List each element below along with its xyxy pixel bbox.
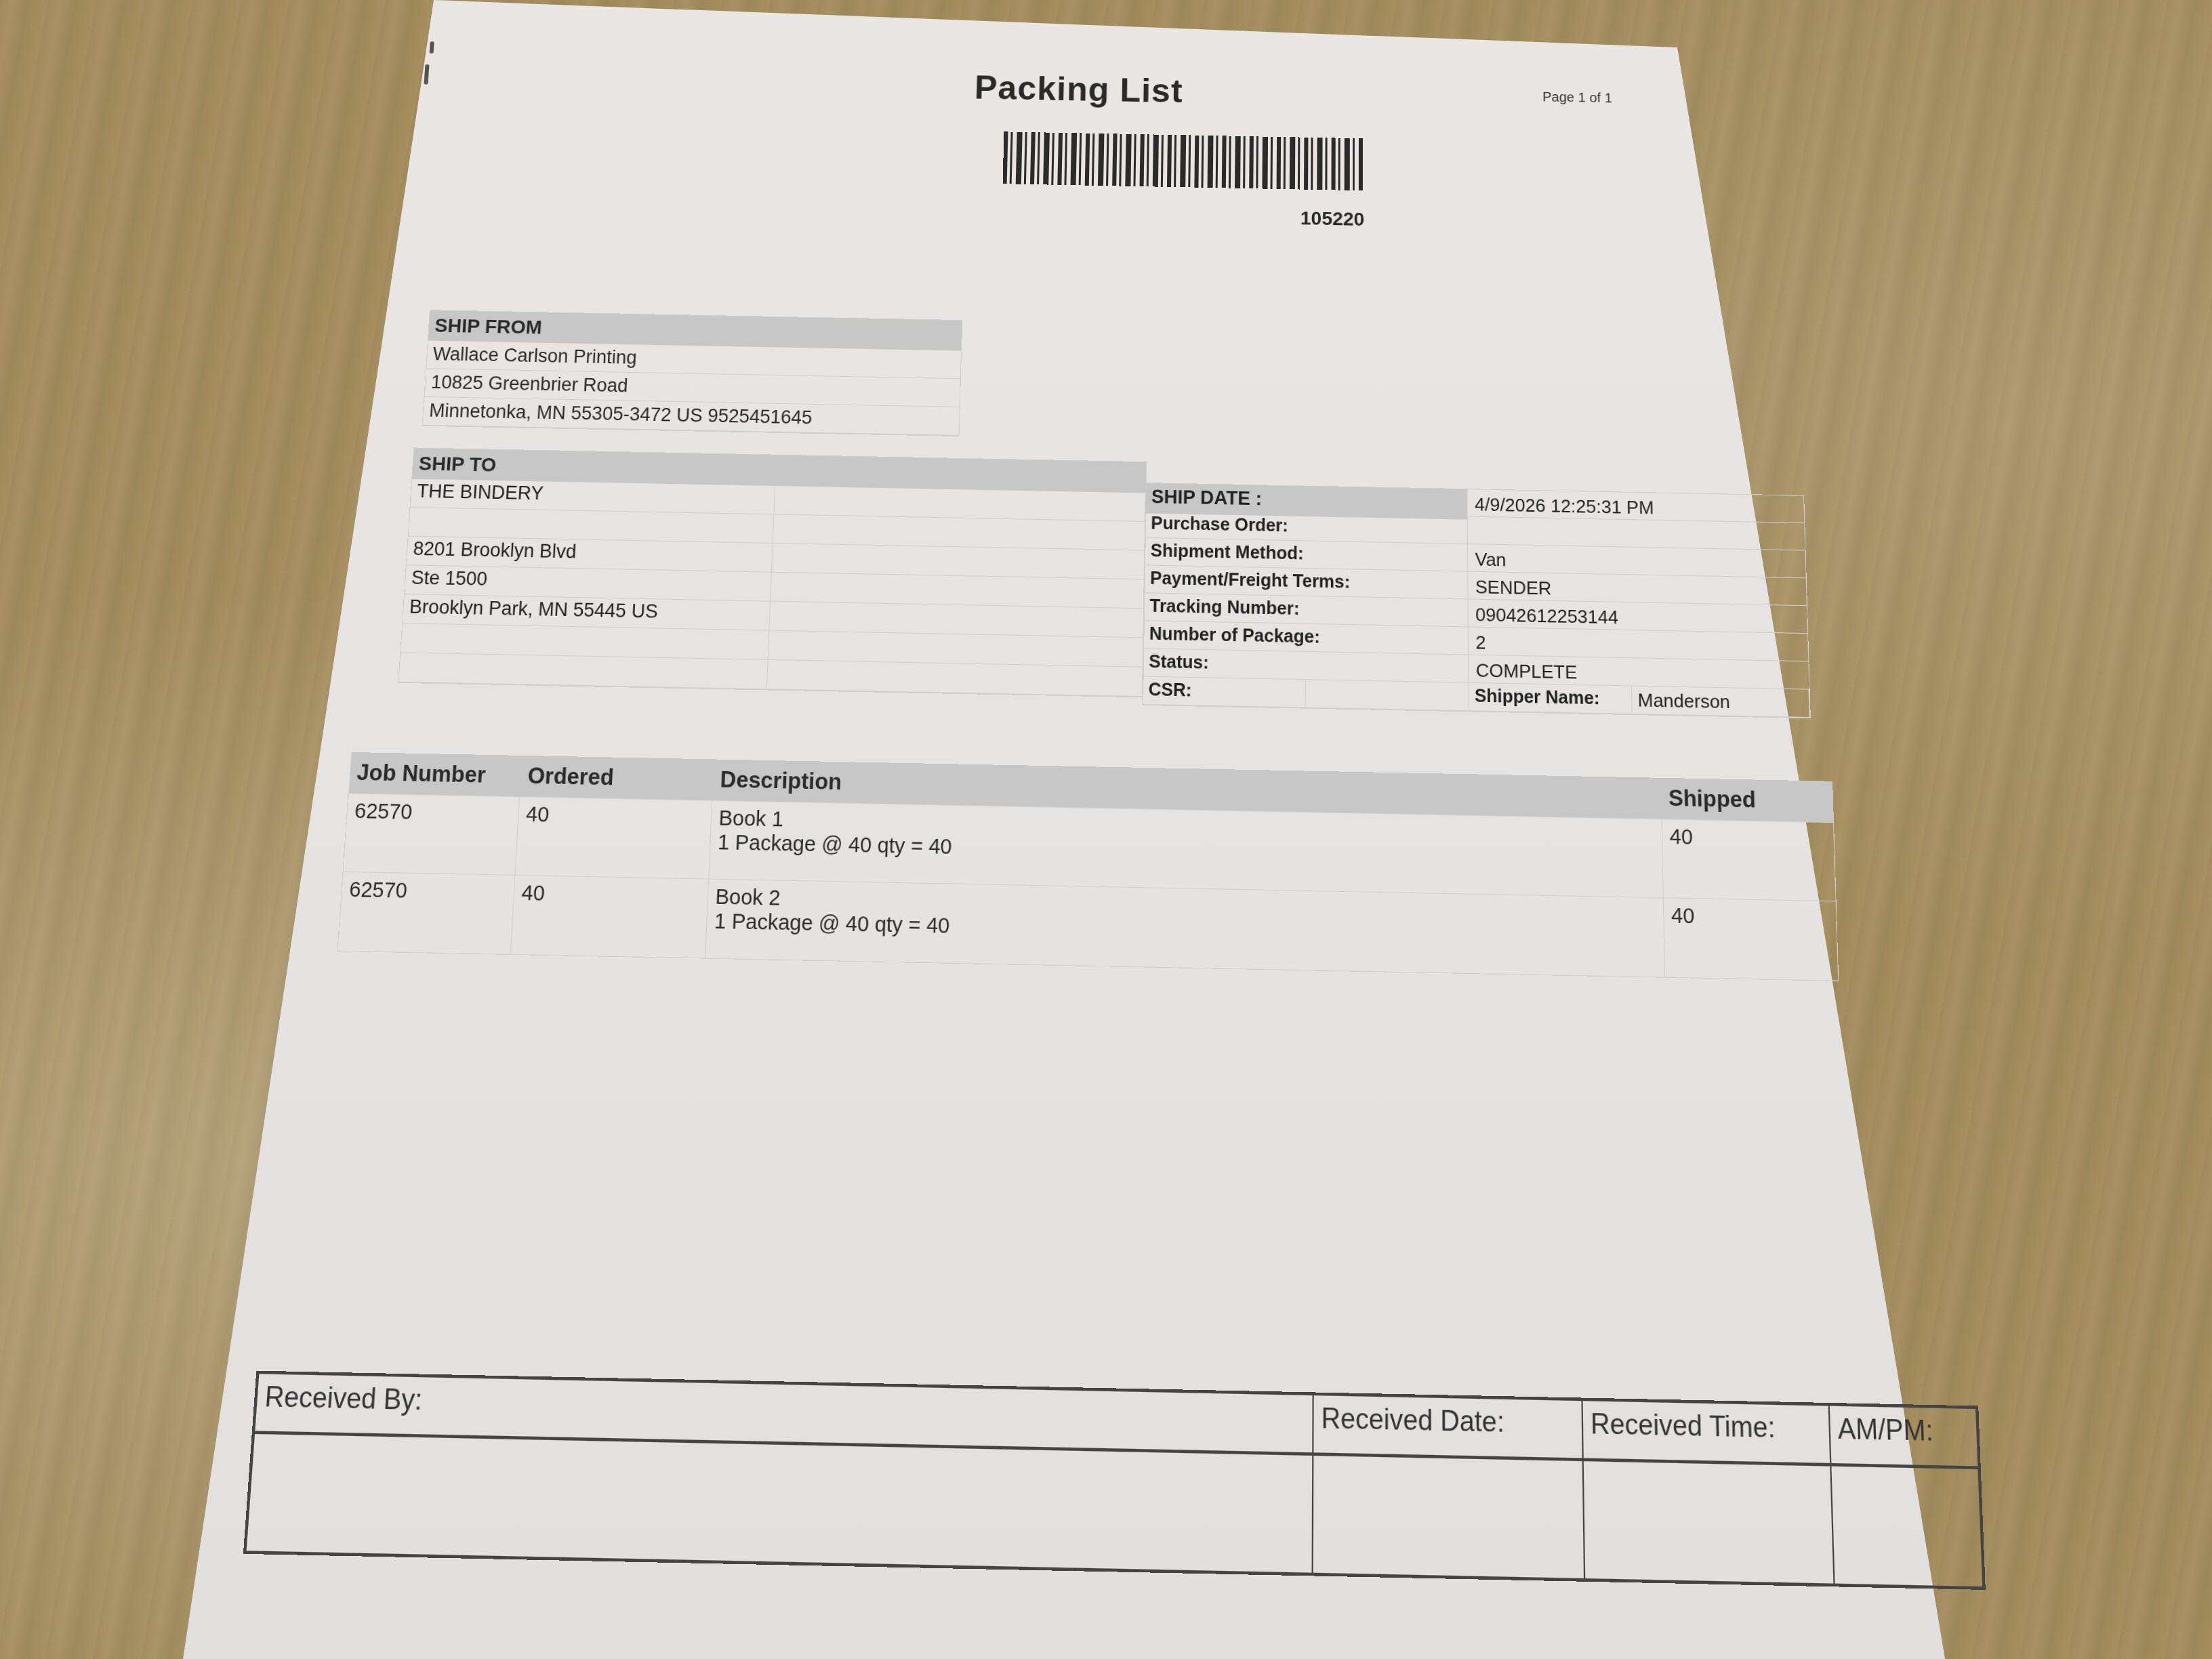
shipped-cell: 40 — [1662, 819, 1836, 901]
ampm-field — [1830, 1465, 1984, 1588]
page-indicator: Page 1 of 1 — [1542, 90, 1612, 106]
column-header-shipped: Shipped — [1661, 778, 1834, 823]
ship-to-block: SHIP TO THE BINDERY 8201 Brooklyn Blvd S… — [398, 447, 1147, 697]
received-time-field — [1583, 1460, 1835, 1585]
column-header-ordered: Ordered — [520, 756, 714, 800]
ordered-cell: 40 — [510, 875, 708, 958]
shipper-name-value: Manderson — [1632, 687, 1810, 718]
column-header-job-number: Job Number — [348, 752, 522, 797]
shipped-cell: 40 — [1663, 898, 1838, 981]
shipment-info-block: SHIP DATE : 4/9/2026 12:25:31 PM Purchas… — [1142, 483, 1811, 718]
barcode-number: 105220 — [1300, 207, 1365, 230]
job-number-cell: 62570 — [343, 794, 519, 876]
received-date-label: Received Date: — [1313, 1394, 1582, 1460]
shipper-name-label: Shipper Name: — [1469, 683, 1632, 714]
ship-from-block: SHIP FROM Wallace Carlson Printing 10825… — [422, 310, 963, 436]
received-time-label: Received Time: — [1582, 1399, 1830, 1465]
job-number-cell: 62570 — [337, 872, 515, 954]
items-table: Job Number Ordered Description Shipped 6… — [337, 752, 1839, 981]
csr-label: CSR: — [1143, 676, 1306, 708]
csr-value — [1306, 680, 1469, 711]
received-date-field — [1313, 1454, 1584, 1580]
document-title: Packing List — [974, 68, 1183, 110]
ship-to-line — [399, 653, 769, 689]
barcode-icon — [1003, 131, 1366, 190]
received-by-field — [245, 1433, 1313, 1574]
ampm-label: AM/PM: — [1829, 1404, 1980, 1467]
receipt-signature-box: Received By: Received Date: Received Tim… — [243, 1371, 1986, 1590]
ordered-cell: 40 — [515, 797, 712, 879]
